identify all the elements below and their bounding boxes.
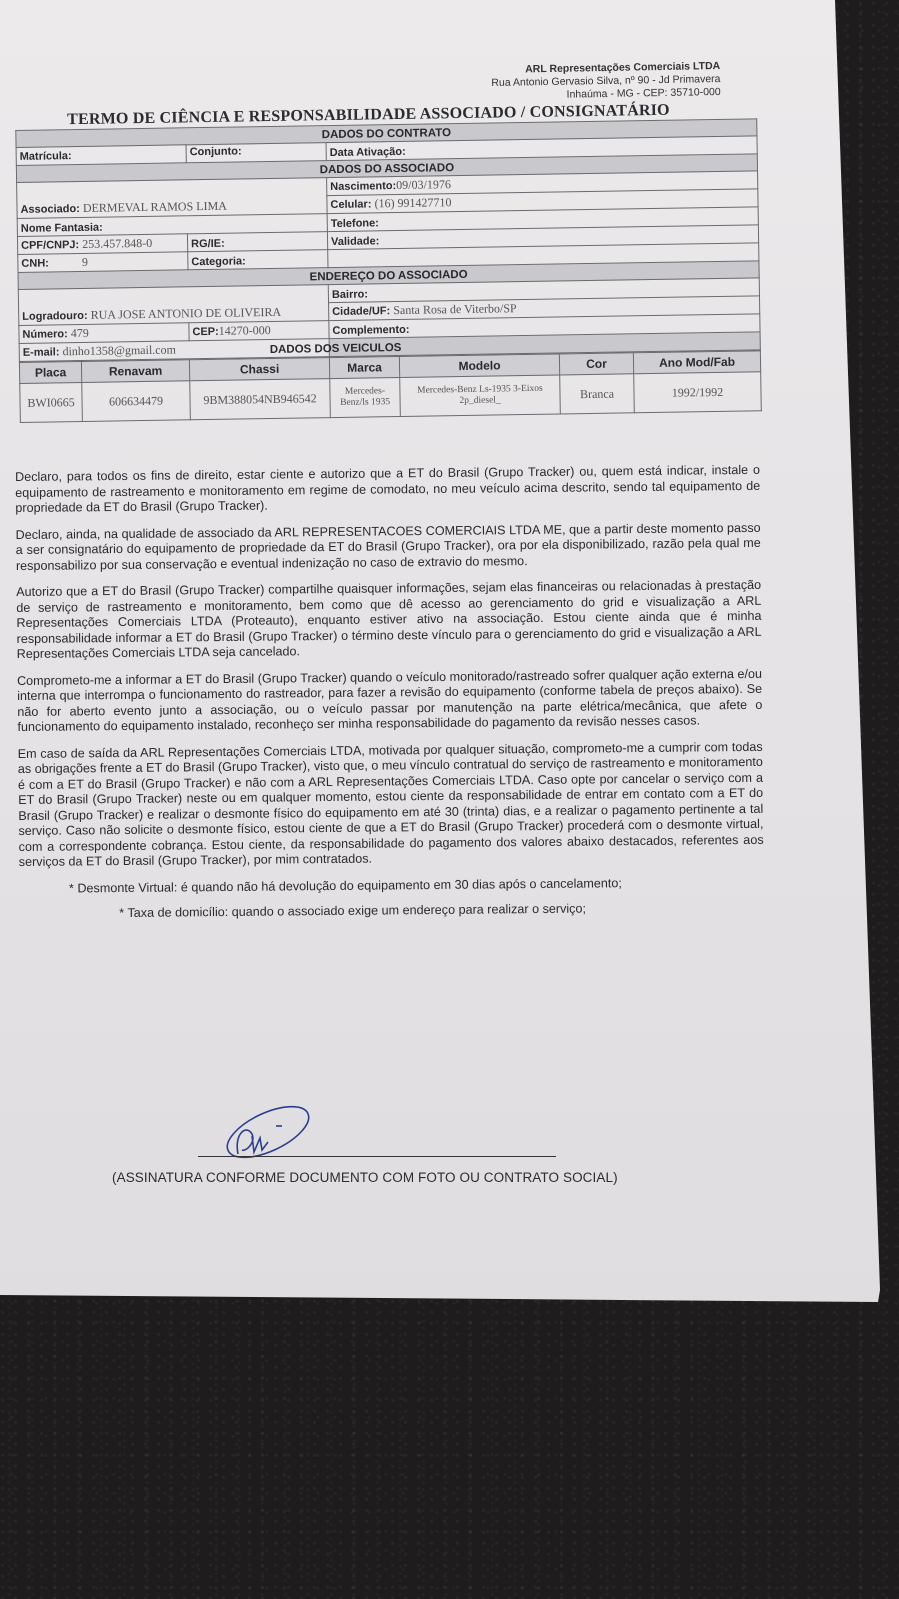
cpf-value: 253.457.848-0 xyxy=(82,236,152,251)
vehicle-column-header: Modelo xyxy=(399,354,559,378)
cpf-label: CPF/CNPJ: xyxy=(21,239,79,252)
complemento-label: Complemento: xyxy=(332,324,409,337)
section-veiculos: DADOS DOS VEICULOS xyxy=(270,342,402,356)
associado-label: Associado: xyxy=(20,203,79,216)
document-page: ARL Representações Comerciais LTDA Rua A… xyxy=(0,0,880,1302)
vehicle-cell: Mercedes-Benz/ls 1935 xyxy=(330,377,401,417)
signature-caption: (ASSINATURA CONFORME DOCUMENTO COM FOTO … xyxy=(112,1170,618,1185)
declaration-paragraph: Declaro, para todos os fins de direito, … xyxy=(15,463,760,517)
matricula-label: Matrícula: xyxy=(20,150,72,163)
associado-value: DERMEVAL RAMOS LIMA xyxy=(83,199,227,215)
rg-label: RG/IE: xyxy=(191,238,225,251)
cep-value: 14270-000 xyxy=(219,323,271,338)
cidade-label: Cidade/UF: xyxy=(332,305,390,318)
vehicle-cell: 1992/1992 xyxy=(634,372,762,413)
declaration-text: Declaro, para todos os fins de direito, … xyxy=(15,463,764,933)
vehicles-table: PlacaRenavamChassiMarcaModeloCorAno Mod/… xyxy=(19,350,762,423)
logradouro-label: Logradouro: xyxy=(22,310,88,323)
cep-label: CEP: xyxy=(192,326,218,338)
vehicle-cell: Mercedes-Benz Ls-1935 3-Eixos 2p_diesel_ xyxy=(400,375,561,417)
signature-line xyxy=(198,1156,556,1157)
conjunto-label: Conjunto: xyxy=(190,145,242,158)
vehicle-cell: 606634479 xyxy=(82,381,191,422)
cnh-label: CNH: xyxy=(21,257,49,269)
logradouro-value: RUA JOSE ANTONIO DE OLIVEIRA xyxy=(91,305,282,322)
bairro-label: Bairro: xyxy=(332,288,368,301)
nascimento-value: 09/03/1976 xyxy=(396,177,451,192)
vehicle-column-header: Placa xyxy=(19,361,81,383)
declaration-paragraph: Autorizo que a ET do Brasil (Grupo Track… xyxy=(16,578,762,663)
vehicle-column-header: Renavam xyxy=(81,360,189,383)
vehicle-column-header: Chassi xyxy=(189,358,329,381)
categoria-label: Categoria: xyxy=(191,255,246,268)
vehicle-column-header: Cor xyxy=(559,353,633,375)
form-area: TERMO DE CIÊNCIA E RESPONSABILIDADE ASSO… xyxy=(15,100,762,423)
vehicle-cell: 9BM388054NB946542 xyxy=(190,379,331,420)
vehicle-cell: Branca xyxy=(560,374,635,414)
signature-scribble-icon xyxy=(216,1104,336,1164)
celular-label: Celular: xyxy=(330,198,371,211)
numero-label: Número: xyxy=(22,328,67,341)
data-ativacao-label: Data Ativação: xyxy=(330,146,406,159)
declaration-paragraph: Comprometo-me a informar a ET do Brasil … xyxy=(17,666,763,735)
email-value: dinho1358@gmail.com xyxy=(62,343,176,359)
cidade-value: Santa Rosa de Viterbo/SP xyxy=(393,301,517,317)
validade-label: Validade: xyxy=(331,235,379,248)
nome-fantasia-label: Nome Fantasia: xyxy=(21,222,103,235)
cnh-value: 9 xyxy=(52,255,88,270)
company-header: ARL Representações Comerciais LTDA Rua A… xyxy=(491,60,721,103)
declaration-paragraph: Em caso de saída da ARL Representações C… xyxy=(18,739,764,870)
bullet-taxa-domicilio: * Taxa de domicílio: quando o associado … xyxy=(19,900,764,923)
email-label: E-mail: xyxy=(23,346,60,359)
bullet-desmonte-virtual: * Desmonte Virtual: é quando não há devo… xyxy=(19,874,764,897)
contract-form: DADOS DO CONTRATO Matrícula: Conjunto: D… xyxy=(15,118,761,362)
vehicle-cell: BWI0665 xyxy=(20,382,83,422)
vehicle-column-header: Marca xyxy=(329,356,399,378)
numero-value: 479 xyxy=(71,326,89,340)
celular-value: (16) 991427710 xyxy=(374,195,451,210)
telefone-label: Telefone: xyxy=(331,217,379,230)
signature-area xyxy=(198,1108,558,1168)
nascimento-label: Nascimento: xyxy=(330,180,396,193)
declaration-paragraph: Declaro, ainda, na qualidade de associad… xyxy=(16,520,761,574)
vehicle-column-header: Ano Mod/Fab xyxy=(633,351,760,374)
